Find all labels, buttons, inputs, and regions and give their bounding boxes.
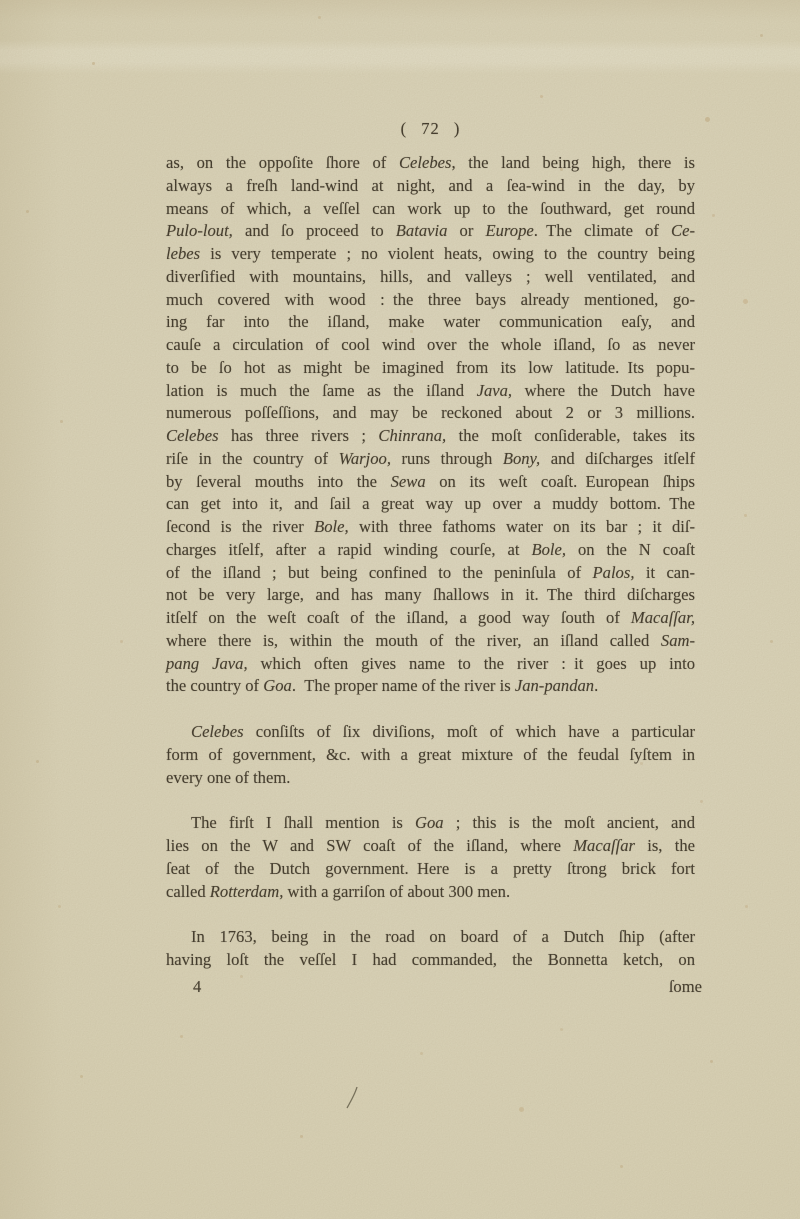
italic-text-segment: Celebes [166, 426, 219, 445]
text-segment: on its weſt coaſt. European ſhips [426, 472, 695, 491]
italic-text-segment: Bole, [531, 540, 566, 559]
text-line: numerous poſſeſſions, and may be reckone… [166, 402, 695, 425]
signature-line: 4 ſome [166, 976, 695, 999]
text-segment: is, the [635, 836, 695, 855]
text-line: by ſeveral mouths into the Sewa on its w… [166, 471, 695, 494]
text-segment: every one of them. [166, 768, 290, 787]
text-segment: with three fathoms water on its bar ; it… [349, 517, 695, 536]
text-segment: The firſt I ſhall mention is [191, 813, 415, 832]
text-line: ing far into the iſland, make water comm… [166, 311, 695, 334]
text-segment: by ſeveral mouths into the [166, 472, 391, 491]
italic-text-segment: Jan-pandan [515, 676, 594, 695]
ink-fiber-mark [347, 1087, 357, 1108]
text-segment: or [447, 221, 485, 240]
italic-text-segment: Celebes [191, 722, 244, 741]
text-line: pang Java, which often gives name to the… [166, 653, 695, 676]
text-segment: riſe in the country of [166, 449, 339, 468]
text-line: where there is, within the mouth of the … [166, 630, 695, 653]
text-segment: the country of [166, 676, 263, 695]
italic-text-segment: Pulo-lout, [166, 221, 233, 240]
italic-text-segment: Goa [415, 813, 444, 832]
text-segment: charges itſelf, after a rapid winding co… [166, 540, 531, 559]
italic-text-segment: Warjoo, [339, 449, 391, 468]
text-segment: ing far into the iſland, make water comm… [166, 312, 695, 331]
text-segment: runs through [391, 449, 503, 468]
text-line: charges itſelf, after a rapid winding co… [166, 539, 695, 562]
text-line: In 1763, being in the road on board of a… [166, 926, 695, 949]
text-segment: conſiſts of ſix diviſions, moſt of which… [244, 722, 695, 741]
text-segment: . The climate of [534, 221, 671, 240]
italic-text-segment: Europe [486, 221, 534, 240]
italic-text-segment: Sewa [391, 472, 426, 491]
text-line: itſelf on the weſt coaſt of the iſland, … [166, 607, 695, 630]
text-segment: ; this is the moſt ancient, and [444, 813, 695, 832]
page-number-text: ( 72 ) [401, 119, 461, 138]
text-segment: with a garriſon of about 300 men. [283, 882, 510, 901]
text-segment: , the land being high, there is [451, 153, 695, 172]
italic-text-segment: lebes [166, 244, 200, 263]
text-line: ſecond is the river Bole, with three fat… [166, 516, 695, 539]
text-line: called Rotterdam, with a garriſon of abo… [166, 881, 695, 904]
text-line: form of government, &c. with a great mix… [166, 744, 695, 767]
text-line: having loſt the veſſel I had commanded, … [166, 949, 695, 972]
text-segment: to be ſo hot as might be imagined from i… [166, 358, 695, 377]
text-line: lebes is very temperate ; no violent hea… [166, 243, 695, 266]
paragraph: Celebes conſiſts of ſix diviſions, moſt … [166, 721, 695, 789]
italic-text-segment: Goa [263, 676, 292, 695]
text-line: The firſt I ſhall mention is Goa ; this … [166, 812, 695, 835]
italic-text-segment: Ce- [671, 221, 695, 240]
text-segment: ſeat of the Dutch government. Here is a … [166, 859, 695, 878]
italic-text-segment: Palos, [593, 563, 635, 582]
italic-text-segment: Macaſſar [573, 836, 635, 855]
text-line: can get into it, and ſail a great way up… [166, 493, 695, 516]
signature-mark: 4 [193, 976, 201, 999]
paragraph: The firſt I ſhall mention is Goa ; this … [166, 812, 695, 903]
text-segment: not be very large, and has many ſhallows… [166, 585, 695, 604]
paragraph: In 1763, being in the road on board of a… [166, 926, 695, 972]
text-segment: where the Dutch have [512, 381, 695, 400]
italic-text-segment: pang Java, [166, 654, 248, 673]
text-line: lies on the W and SW coaſt of the iſland… [166, 835, 695, 858]
text-segment: and ſo proceed to [233, 221, 396, 240]
foxing-speckles [0, 0, 3, 3]
text-line: diverſified with mountains, hills, and v… [166, 266, 695, 289]
text-segment: numerous poſſeſſions, and may be reckone… [166, 403, 695, 422]
text-line: Pulo-lout, and ſo proceed to Batavia or … [166, 220, 695, 243]
text-segment: lation is much the ſame as the iſland [166, 381, 477, 400]
paragraph: as, on the oppoſite ſhore of Celebes, th… [166, 152, 695, 698]
text-segment: In 1763, being in the road on board of a… [191, 927, 695, 946]
text-segment: on the N coaſt [566, 540, 695, 559]
italic-text-segment: Celebes [399, 153, 452, 172]
text-segment: called [166, 882, 210, 901]
text-segment: it can- [634, 563, 695, 582]
text-line: of the iſland ; but being confined to th… [166, 562, 695, 585]
text-segment: form of government, &c. with a great mix… [166, 745, 695, 764]
text-segment: has three rivers ; [219, 426, 379, 445]
text-segment: of the iſland ; but being confined to th… [166, 563, 593, 582]
text-block: as, on the oppoſite ſhore of Celebes, th… [166, 152, 695, 972]
text-segment: ſecond is the river [166, 517, 314, 536]
text-segment: which often gives name to the river : it… [248, 654, 695, 673]
italic-text-segment: Java, [477, 381, 512, 400]
text-line: Celebes conſiſts of ſix diviſions, moſt … [166, 721, 695, 744]
text-line: ſeat of the Dutch government. Here is a … [166, 858, 695, 881]
text-line: riſe in the country of Warjoo, runs thro… [166, 448, 695, 471]
text-line: to be ſo hot as might be imagined from i… [166, 357, 695, 380]
text-line: cauſe a circulation of cool wind over th… [166, 334, 695, 357]
text-segment: itſelf on the weſt coaſt of the iſland, … [166, 608, 631, 627]
text-segment: always a freſh land-wind at night, and a… [166, 176, 695, 195]
text-segment: cauſe a circulation of cool wind over th… [166, 335, 695, 354]
text-line: means of which, a veſſel can work up to … [166, 198, 695, 221]
text-segment: much covered with wood : the three bays … [166, 290, 695, 309]
text-segment: and diſcharges itſelf [540, 449, 695, 468]
italic-text-segment: Bole, [314, 517, 349, 536]
book-page: { "theme": { "paper_color": "#d9d2b6", "… [0, 0, 800, 1219]
italic-text-segment: Bony, [503, 449, 540, 468]
text-line: Celebes has three rivers ; Chinrana, the… [166, 425, 695, 448]
page-number: ( 72 ) [166, 119, 695, 139]
text-line: as, on the oppoſite ſhore of Celebes, th… [166, 152, 695, 175]
text-segment: . [594, 676, 598, 695]
text-line: the country of Goa. The proper name of t… [166, 675, 695, 698]
text-segment: diverſified with mountains, hills, and v… [166, 267, 695, 286]
text-segment: the moſt conſiderable, takes its [446, 426, 695, 445]
text-line: always a freſh land-wind at night, and a… [166, 175, 695, 198]
text-segment: means of which, a veſſel can work up to … [166, 199, 695, 218]
italic-text-segment: Macaſſar, [631, 608, 695, 627]
text-segment: as, on the oppoſite ſhore of [166, 153, 399, 172]
text-line: lation is much the ſame as the iſland Ja… [166, 380, 695, 403]
text-line: not be very large, and has many ſhallows… [166, 584, 695, 607]
text-line: much covered with wood : the three bays … [166, 289, 695, 312]
catchword: ſome [669, 976, 702, 999]
text-segment: having loſt the veſſel I had commanded, … [166, 950, 695, 969]
text-segment: where there is, within the mouth of the … [166, 631, 661, 650]
text-segment: can get into it, and ſail a great way up… [166, 494, 695, 513]
italic-text-segment: Rotterdam, [210, 882, 284, 901]
text-line: every one of them. [166, 767, 695, 790]
italic-text-segment: Batavia [396, 221, 448, 240]
italic-text-segment: Sam- [661, 631, 695, 650]
italic-text-segment: Chinrana, [378, 426, 446, 445]
text-segment: is very temperate ; no violent heats, ow… [200, 244, 695, 263]
text-segment: . The proper name of the river is [292, 676, 515, 695]
text-segment: lies on the W and SW coaſt of the iſland… [166, 836, 573, 855]
